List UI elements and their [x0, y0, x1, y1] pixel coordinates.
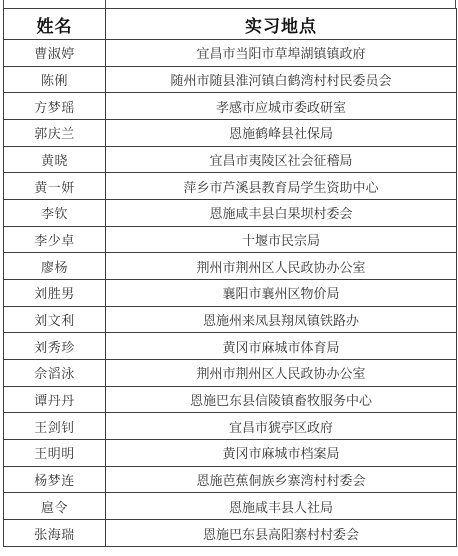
student-name-cell: 王剑钊 [4, 413, 106, 440]
table-row: 郭庆兰 恩施鹤峰县社保局 [4, 120, 457, 147]
table-row: 王明明 黄冈市麻城市档案局 [4, 440, 457, 467]
internship-location-cell: 宜昌市当阳市草埠湖镇镇政府 [106, 40, 457, 67]
internship-location-cell: 恩施州来凤县翔凤镇铁路办 [106, 306, 457, 333]
column-header-location: 实习地点 [106, 9, 457, 40]
internship-location-cell: 恩施鹤峰县社保局 [106, 120, 457, 147]
table-row: 刘胜男 襄阳市襄州区物价局 [4, 280, 457, 307]
internship-location-cell: 恩施巴东县信陵镇畜牧服务中心 [106, 386, 457, 413]
table-row: 扈令 恩施咸丰县人社局 [4, 493, 457, 520]
student-name-cell: 刘胜男 [4, 280, 106, 307]
student-name-cell: 张海瑞 [4, 520, 106, 547]
internship-location-cell: 黄冈市麻城市档案局 [106, 440, 457, 467]
student-name-cell: 佘滔泳 [4, 360, 106, 387]
table-row: 李少卓 十堰市民宗局 [4, 226, 457, 253]
table-row: 李钦 恩施咸丰县白果坝村委会 [4, 200, 457, 227]
student-name-cell: 曹淑婷 [4, 40, 106, 67]
internship-location-cell: 宜昌市夷陵区社会征稽局 [106, 146, 457, 173]
table-row: 张海瑞 恩施巴东县高阳寨村村委会 [4, 520, 457, 547]
column-header-name: 姓名 [4, 9, 106, 40]
student-name-cell: 刘文利 [4, 306, 106, 333]
table-header-row: 姓名 实习地点 [4, 9, 457, 40]
internship-location-cell: 恩施咸丰县人社局 [106, 493, 457, 520]
internship-location-cell: 孝感市应城市委政研室 [106, 93, 457, 120]
table-row: 谭丹丹 恩施巴东县信陵镇畜牧服务中心 [4, 386, 457, 413]
student-name-cell: 方梦瑶 [4, 93, 106, 120]
student-name-cell: 黄晓 [4, 146, 106, 173]
internship-location-cell: 恩施芭蕉侗族乡寨湾村村委会 [106, 466, 457, 493]
student-name-cell: 李钦 [4, 200, 106, 227]
table-row: 王剑钊 宜昌市猇亭区政府 [4, 413, 457, 440]
table-row: 陈俐 随州市随县淮河镇白鹤湾村村民委员会 [4, 66, 457, 93]
student-name-cell: 陈俐 [4, 66, 106, 93]
student-name-cell: 王明明 [4, 440, 106, 467]
student-name-cell: 杨梦连 [4, 466, 106, 493]
internship-location-cell: 襄阳市襄州区物价局 [106, 280, 457, 307]
student-name-cell: 黄一妍 [4, 173, 106, 200]
internship-location-cell: 恩施咸丰县白果坝村委会 [106, 200, 457, 227]
table-row: 曹淑婷 宜昌市当阳市草埠湖镇镇政府 [4, 40, 457, 67]
table-row: 黄晓 宜昌市夷陵区社会征稽局 [4, 146, 457, 173]
table-row: 方梦瑶 孝感市应城市委政研室 [4, 93, 457, 120]
screenshot-root: 姓名 实习地点 曹淑婷 宜昌市当阳市草埠湖镇镇政府 陈俐 随州市随县淮河镇白鹤湾… [0, 0, 458, 556]
student-name-cell: 廖杨 [4, 253, 106, 280]
student-name-cell: 谭丹丹 [4, 386, 106, 413]
table-row: 黄一妍 萍乡市芦溪县教育局学生资助中心 [4, 173, 457, 200]
internship-location-cell: 恩施巴东县高阳寨村村委会 [106, 520, 457, 547]
internship-location-cell: 随州市随县淮河镇白鹤湾村村民委员会 [106, 66, 457, 93]
internship-location-cell: 黄冈市麻城市体育局 [106, 333, 457, 360]
student-name-cell: 刘秀珍 [4, 333, 106, 360]
table-row: 佘滔泳 荆州市荆州区人民政协办公室 [4, 360, 457, 387]
table-row: 杨梦连 恩施芭蕉侗族乡寨湾村村委会 [4, 466, 457, 493]
internship-location-cell: 十堰市民宗局 [106, 226, 457, 253]
student-name-cell: 李少卓 [4, 226, 106, 253]
internship-location-cell: 宜昌市猇亭区政府 [106, 413, 457, 440]
internship-location-cell: 荆州市荆州区人民政协办公室 [106, 360, 457, 387]
internship-location-cell: 荆州市荆州区人民政协办公室 [106, 253, 457, 280]
table-row: 刘秀珍 黄冈市麻城市体育局 [4, 333, 457, 360]
table-row: 刘文利 恩施州来凤县翔凤镇铁路办 [4, 306, 457, 333]
student-name-cell: 郭庆兰 [4, 120, 106, 147]
internship-location-cell: 萍乡市芦溪县教育局学生资助中心 [106, 173, 457, 200]
student-name-cell: 扈令 [4, 493, 106, 520]
internship-assignment-table: 姓名 实习地点 曹淑婷 宜昌市当阳市草埠湖镇镇政府 陈俐 随州市随县淮河镇白鹤湾… [3, 8, 457, 547]
table-row: 廖杨 荆州市荆州区人民政协办公室 [4, 253, 457, 280]
